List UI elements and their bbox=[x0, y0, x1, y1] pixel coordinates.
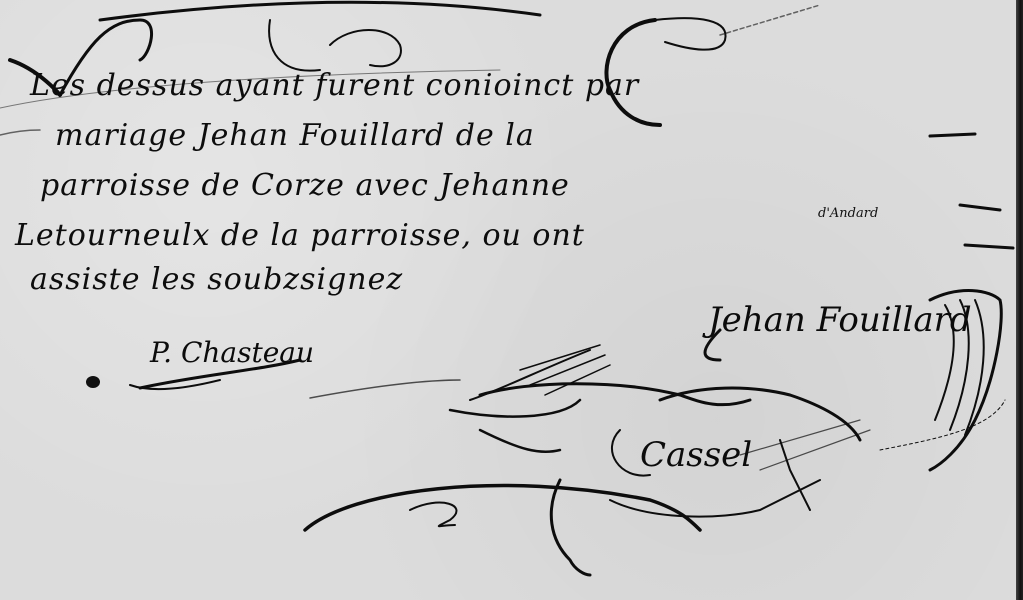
text-line-2: mariage Jehan Fouillard de la bbox=[55, 118, 535, 153]
page-edge bbox=[1016, 0, 1023, 600]
interlinear-note: d'Andard bbox=[818, 206, 878, 221]
signature-jehan: Jehan Fouillard bbox=[708, 300, 972, 340]
text-line-3: parroisse de Corze avec Jehanne bbox=[40, 168, 570, 203]
text-line-5: assiste les soubzsignez bbox=[30, 262, 403, 297]
text-line-1: Les dessus ayant furent conioinct par bbox=[30, 68, 639, 103]
document-page: Les dessus ayant furent conioinct par ma… bbox=[0, 0, 1023, 600]
signature-cassel: Cassel bbox=[640, 435, 752, 475]
signature-chasteau: P. Chasteau bbox=[150, 336, 314, 369]
text-line-4: Letourneulx de la parroisse, ou ont bbox=[15, 218, 585, 253]
ink-blot bbox=[86, 376, 100, 388]
